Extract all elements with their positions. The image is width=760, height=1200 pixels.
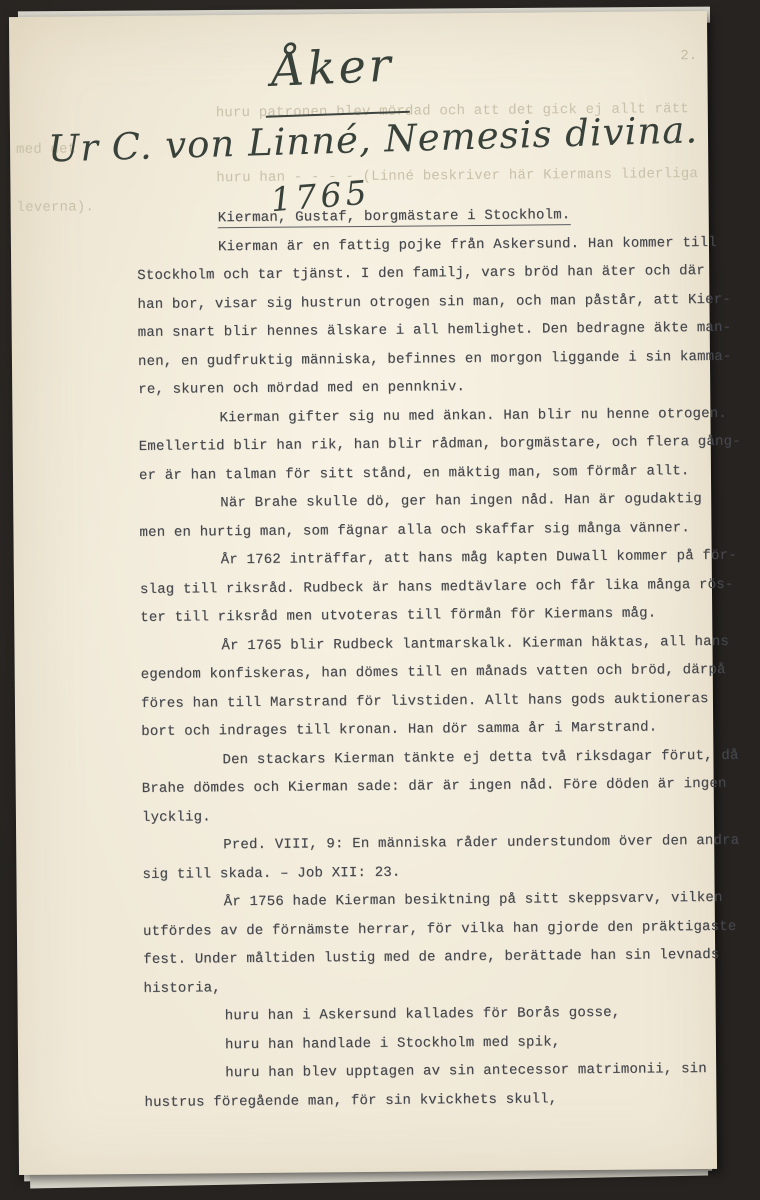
typed-line: huru han blev upptagen av sin antecessor…	[144, 1055, 750, 1089]
document-page: 2. huru patronen blev mördad och att det…	[9, 11, 717, 1175]
typed-line: År 1762 inträffar, att hans måg kapten D…	[140, 542, 746, 576]
bleedthrough-page-number: 2.	[680, 48, 697, 64]
handwritten-title: Åker	[270, 38, 395, 97]
typed-line: bort och indrages till kronan. Han dör s…	[141, 713, 747, 747]
typed-line: man snart blir hennes älskare i all heml…	[138, 314, 744, 348]
typewritten-text-block: Kierman, Gustaf, borgmästare i Stockholm…	[137, 200, 751, 1117]
typed-line: ter till riksråd men utvoteras till förm…	[140, 599, 746, 633]
typed-line: År 1756 hade Kierman besiktning på sitt …	[143, 884, 749, 918]
typed-line: Pred. VIII, 9: En människa råder underst…	[142, 827, 748, 861]
handwritten-source-citation: Ur C. von Linné, Nemesis divina.	[48, 108, 699, 170]
typed-line: Stockholm och tar tjänst. I den familj, …	[137, 257, 743, 291]
typed-line: När Brahe skulle dö, ger han ingen nåd. …	[139, 485, 745, 519]
typed-line: fest. Under måltiden lustig med de andre…	[143, 941, 749, 975]
typed-line: hustrus föregående man, för sin kvickhet…	[144, 1083, 750, 1117]
photo-background: 2. huru patronen blev mördad och att det…	[0, 0, 760, 1200]
typed-line: Brahe dömdes och Kierman sade: där är in…	[142, 770, 748, 804]
typed-line: egendom konfiskeras, han dömes till en m…	[141, 656, 747, 690]
typed-heading-underlined: Kierman, Gustaf, borgmästare i Stockholm…	[218, 207, 571, 228]
typed-line: Emellertid blir han rik, han blir rådman…	[139, 428, 745, 462]
bleedthrough-line: leverna).	[17, 199, 95, 216]
typed-line: nen, en gudfruktig människa, befinnes en…	[138, 342, 744, 376]
